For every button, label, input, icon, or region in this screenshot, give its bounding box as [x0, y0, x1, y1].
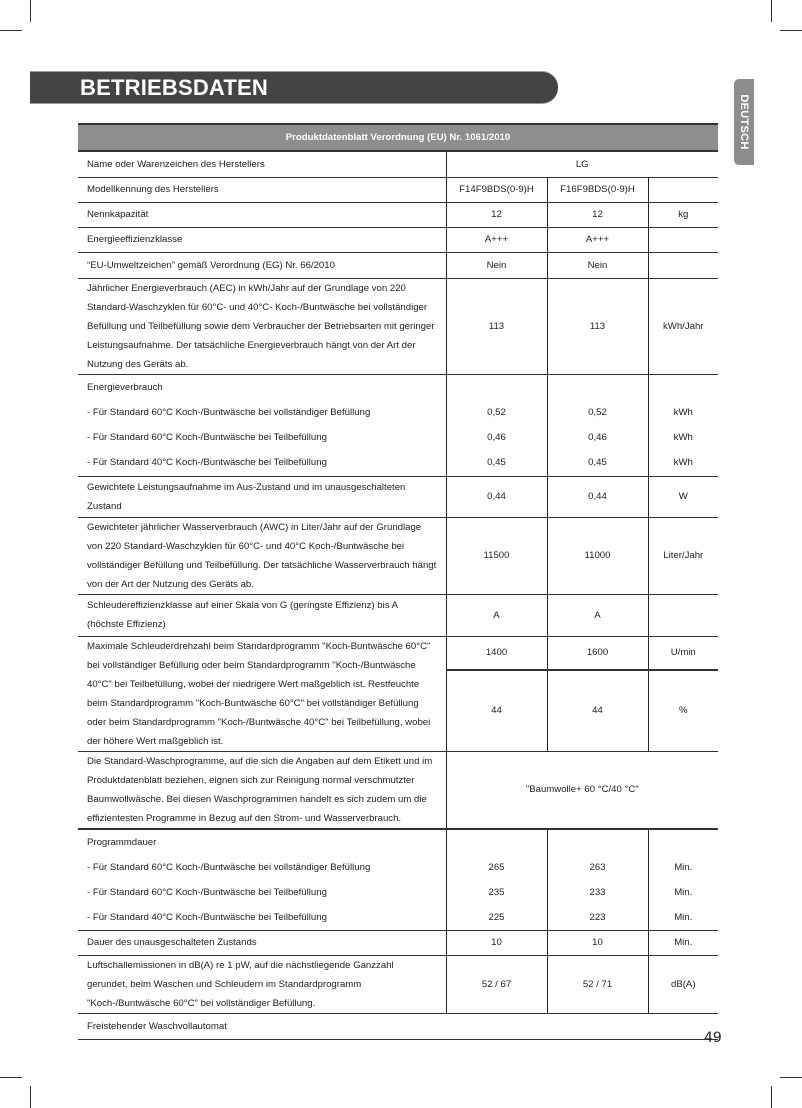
col1-value: F14F9BDS(0-9)H	[446, 177, 547, 202]
language-tab: DEUTSCH	[734, 79, 754, 165]
manufacturer-value: LG	[446, 151, 718, 177]
col1-value: 265 235 225	[446, 829, 547, 931]
col1-value: 10	[446, 930, 547, 955]
group-label: Energieverbrauch	[87, 375, 437, 400]
col2-value: 263 233 223	[547, 829, 648, 931]
unit-value: kg	[648, 202, 718, 227]
col2-value: 10	[547, 930, 648, 955]
value: 0,46	[548, 425, 648, 450]
row-label: “EU-Umweltzeichen” gemäß Verordnung (EG)…	[78, 252, 446, 278]
col2-value: 0,52 0,46 0,45	[547, 374, 648, 476]
row-label: Dauer des unausgeschalteten Zustands	[78, 930, 446, 955]
table-row: Luftschallemissionen in dB(A) re 1 pW, a…	[78, 955, 718, 1013]
sub-label: - Für Standard 60°C Koch-/Buntwäsche bei…	[87, 855, 437, 880]
row-label: Energieverbrauch - Für Standard 60°C Koc…	[78, 374, 446, 476]
table-row: Freistehender Waschvollautomat	[78, 1013, 718, 1039]
unit-value: Liter/Jahr	[648, 517, 718, 594]
value: kWh	[649, 400, 719, 425]
table-row: Gewichtete Leistungsaufnahme im Aus-Zust…	[78, 476, 718, 517]
col1-value: Nein	[446, 252, 547, 278]
col2-value: F16F9BDS(0-9)H	[547, 177, 648, 202]
unit-value: U/min	[648, 636, 718, 670]
col2-value: 11000	[547, 517, 648, 594]
table-row: Programmdauer - Für Standard 60°C Koch-/…	[78, 829, 718, 931]
value: Min.	[649, 880, 719, 905]
col2-value: 44	[547, 670, 648, 751]
row-label: Jährlicher Energieverbrauch (AEC) in kWh…	[78, 278, 446, 374]
col1-value: 44	[446, 670, 547, 751]
unit-value	[648, 594, 718, 636]
crop-mark	[30, 1086, 31, 1108]
sub-label: - Für Standard 60°C Koch-/Buntwäsche bei…	[87, 425, 437, 450]
table-row: Dauer des unausgeschalteten Zustands 10 …	[78, 930, 718, 955]
table-row: Die Standard-Waschprogramme, auf die sic…	[78, 751, 718, 829]
row-label: Luftschallemissionen in dB(A) re 1 pW, a…	[78, 955, 446, 1013]
table-row: Maximale Schleuderdrehzahl beim Standard…	[78, 636, 718, 670]
crop-mark	[0, 1077, 22, 1078]
product-data-table: Produktdatenblatt Verordnung (EU) Nr. 10…	[78, 123, 718, 1040]
value: 263	[548, 855, 648, 880]
row-label: Modellkennung des Herstellers	[78, 177, 446, 202]
unit-value	[648, 227, 718, 252]
row-label: Gewichteter jährlicher Wasserverbrauch (…	[78, 517, 446, 594]
language-tab-label: DEUTSCH	[738, 94, 750, 149]
row-label: Gewichtete Leistungsaufnahme im Aus-Zust…	[78, 476, 446, 517]
col1-value: 52 / 67	[446, 955, 547, 1013]
unit-value: dB(A)	[648, 955, 718, 1013]
section-title: BETRIEBSDATEN	[80, 75, 268, 101]
unit-value	[648, 177, 718, 202]
col2-value: A	[547, 594, 648, 636]
unit-value: W	[648, 476, 718, 517]
table-row: Gewichteter jährlicher Wasserverbrauch (…	[78, 517, 718, 594]
col1-value: 12	[446, 202, 547, 227]
col2-value: A+++	[547, 227, 648, 252]
col2-value: Nein	[547, 252, 648, 278]
row-label: Programmdauer - Für Standard 60°C Koch-/…	[78, 829, 446, 931]
sub-label: - Für Standard 60°C Koch-/Buntwäsche bei…	[87, 400, 437, 425]
crop-mark	[771, 0, 772, 22]
value: 0,45	[447, 450, 547, 475]
value: Min.	[649, 905, 719, 930]
col1-value: A+++	[446, 227, 547, 252]
value: 235	[447, 880, 547, 905]
sub-label: - Für Standard 40°C Koch-/Buntwäsche bei…	[87, 450, 437, 475]
section-header-bar: BETRIEBSDATEN	[30, 71, 558, 104]
value: 0,52	[447, 400, 547, 425]
table-row: Energieverbrauch - Für Standard 60°C Koc…	[78, 374, 718, 476]
value: 0,45	[548, 450, 648, 475]
value: 233	[548, 880, 648, 905]
table-row: Schleudereffizienzklasse auf einer Skala…	[78, 594, 718, 636]
crop-mark	[780, 30, 802, 31]
col2-value: 1600	[547, 636, 648, 670]
table-row: Name oder Warenzeichen des Herstellers L…	[78, 151, 718, 177]
col2-value: 52 / 71	[547, 955, 648, 1013]
group-label: Programmdauer	[87, 830, 437, 855]
crop-mark	[30, 0, 31, 22]
unit-value: Min.	[648, 930, 718, 955]
sub-label: - Für Standard 40°C Koch-/Buntwäsche bei…	[87, 905, 437, 930]
row-label: Maximale Schleuderdrehzahl beim Standard…	[78, 636, 446, 751]
crop-mark	[0, 30, 22, 31]
col1-value: 1400	[446, 636, 547, 670]
row-label: Nennkapazität	[78, 202, 446, 227]
unit-value	[648, 252, 718, 278]
row-label: Name oder Warenzeichen des Herstellers	[78, 151, 446, 177]
value: 265	[447, 855, 547, 880]
col1-value: 0,44	[446, 476, 547, 517]
sub-label: - Für Standard 60°C Koch-/Buntwäsche bei…	[87, 880, 437, 905]
unit-value: %	[648, 670, 718, 751]
value: kWh	[649, 425, 719, 450]
table-row: Energieeffizienzklasse A+++ A+++	[78, 227, 718, 252]
value: kWh	[649, 450, 719, 475]
unit-value: kWh/Jahr	[648, 278, 718, 374]
unit-value: kWh kWh kWh	[648, 374, 718, 476]
col2-value: 0,44	[547, 476, 648, 517]
col1-value: 113	[446, 278, 547, 374]
value: 0,46	[447, 425, 547, 450]
row-label: Energieeffizienzklasse	[78, 227, 446, 252]
value: 223	[548, 905, 648, 930]
value: 225	[447, 905, 547, 930]
col1-value: 0,52 0,46 0,45	[446, 374, 547, 476]
value: 0,52	[548, 400, 648, 425]
row-label: Die Standard-Waschprogramme, auf die sic…	[78, 751, 446, 829]
table-header-row: Produktdatenblatt Verordnung (EU) Nr. 10…	[78, 124, 718, 151]
table-row: “EU-Umweltzeichen” gemäß Verordnung (EG)…	[78, 252, 718, 278]
col2-value: 12	[547, 202, 648, 227]
table-title: Produktdatenblatt Verordnung (EU) Nr. 10…	[78, 124, 718, 151]
col2-value: 113	[547, 278, 648, 374]
row-label: Schleudereffizienzklasse auf einer Skala…	[78, 594, 446, 636]
unit-value: Min. Min. Min.	[648, 829, 718, 931]
col1-value: A	[446, 594, 547, 636]
program-value: "Baumwolle+ 60 °C/40 °C"	[446, 751, 718, 829]
crop-mark	[771, 1086, 772, 1108]
table-row: Jährlicher Energieverbrauch (AEC) in kWh…	[78, 278, 718, 374]
table-row: Nennkapazität 12 12 kg	[78, 202, 718, 227]
table-row: Modellkennung des Herstellers F14F9BDS(0…	[78, 177, 718, 202]
col1-value: 11500	[446, 517, 547, 594]
page-number: 49	[704, 1030, 722, 1046]
row-label: Freistehender Waschvollautomat	[78, 1013, 718, 1039]
crop-mark	[780, 1077, 802, 1078]
value: Min.	[649, 855, 719, 880]
